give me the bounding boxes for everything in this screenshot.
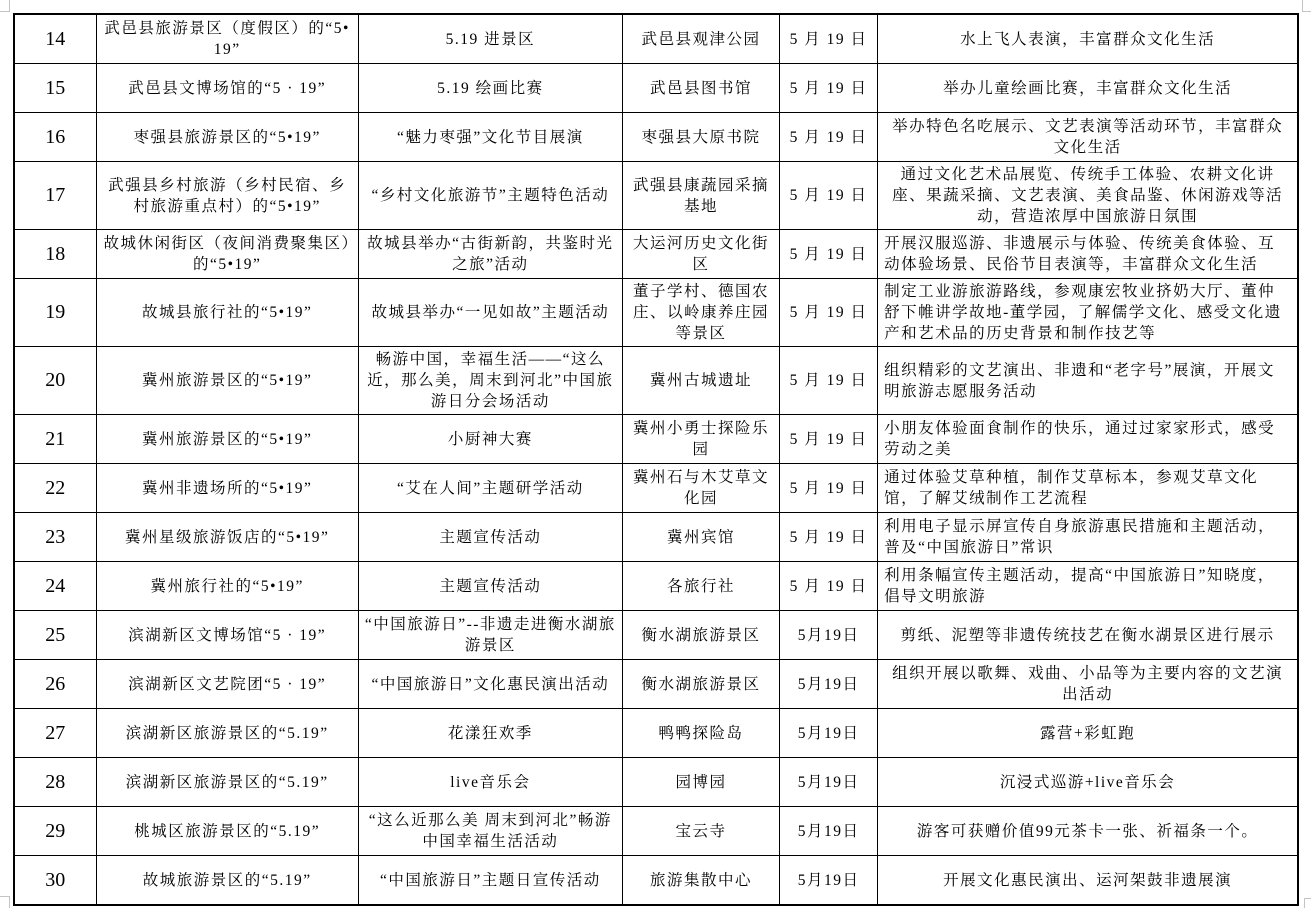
num-cell: 19 — [14, 279, 96, 347]
date-cell: 5 月 19 日 — [780, 279, 878, 347]
num-cell: 15 — [14, 64, 96, 113]
activity-cell: 畅游中国，幸福生活——“这么近，那么美，周末到河北”中国旅游日分会场活动 — [358, 347, 622, 415]
activity-cell: “中国旅游日”文化惠民演出活动 — [358, 660, 622, 709]
table-row: 28滨湖新区旅游景区的“5.19”live音乐会园博园5月19日沉浸式巡游+li… — [14, 758, 1298, 807]
table-row: 21冀州旅游景区的“5•19”小厨神大赛冀州小勇士探险乐园5 月 19 日小朋友… — [14, 415, 1298, 464]
table-row: 30故城旅游景区的“5.19”“中国旅游日”主题日宣传活动旅游集散中心5月19日… — [14, 856, 1298, 906]
description-cell: 游客可获赠价值99元茶卡一张、祈福条一个。 — [878, 807, 1298, 856]
location-cell: 园博园 — [622, 758, 779, 807]
activity-cell: 主题宣传活动 — [358, 562, 622, 611]
location-cell: 冀州古城遗址 — [622, 347, 779, 415]
description-cell: 露营+彩虹跑 — [878, 709, 1298, 758]
activity-cell: “中国旅游日”主题日宣传活动 — [358, 856, 622, 906]
organizer-cell: 滨湖新区旅游景区的“5.19” — [96, 709, 358, 758]
num-cell: 27 — [14, 709, 96, 758]
date-cell: 5 月 19 日 — [780, 464, 878, 513]
activity-cell: 故城县举办“一见如故”主题活动 — [358, 279, 622, 347]
location-cell: 各旅行社 — [622, 562, 779, 611]
table-row: 23冀州星级旅游饭店的“5•19”主题宣传活动冀州宾馆5 月 19 日利用电子显… — [14, 513, 1298, 562]
location-cell: 大运河历史文化街区 — [622, 230, 779, 279]
date-cell: 5 月 19 日 — [780, 14, 878, 64]
location-cell: 董子学村、德国农庄、以岭康养庄园等景区 — [622, 279, 779, 347]
date-cell: 5月19日 — [780, 758, 878, 807]
location-cell: 衡水湖旅游景区 — [622, 660, 779, 709]
organizer-cell: 武邑县旅游景区（度假区）的“5•19” — [96, 14, 358, 64]
date-cell: 5 月 19 日 — [780, 347, 878, 415]
activity-cell: “乡村文化旅游节”主题特色活动 — [358, 162, 622, 230]
num-cell: 20 — [14, 347, 96, 415]
num-cell: 29 — [14, 807, 96, 856]
description-cell: 利用条幅宣传主题活动，提高“中国旅游日”知晓度，倡导文明旅游 — [878, 562, 1298, 611]
activity-cell: “这么近那么美 周末到河北”畅游中国幸福生活活动 — [358, 807, 622, 856]
location-cell: 枣强县大原书院 — [622, 113, 779, 162]
description-cell: 开展文化惠民演出、运河架鼓非遗展演 — [878, 856, 1298, 906]
location-cell: 旅游集散中心 — [622, 856, 779, 906]
date-cell: 5月19日 — [780, 856, 878, 906]
date-cell: 5 月 19 日 — [780, 513, 878, 562]
date-cell: 5月19日 — [780, 611, 878, 660]
date-cell: 5 月 19 日 — [780, 162, 878, 230]
date-cell: 5 月 19 日 — [780, 64, 878, 113]
table-row: 15武邑县文博场馆的“5 · 19”5.19 绘画比赛武邑县图书馆5 月 19 … — [14, 64, 1298, 113]
organizer-cell: 枣强县旅游景区的“5•19” — [96, 113, 358, 162]
activity-cell: “魅力枣强”文化节目展演 — [358, 113, 622, 162]
num-cell: 21 — [14, 415, 96, 464]
num-cell: 30 — [14, 856, 96, 906]
num-cell: 16 — [14, 113, 96, 162]
num-cell: 22 — [14, 464, 96, 513]
description-cell: 通过体验艾草种植，制作艾草标本，参观艾草文化馆，了解艾绒制作工艺流程 — [878, 464, 1298, 513]
location-cell: 冀州石与木艾草文化园 — [622, 464, 779, 513]
tourism-day-activities-table: 14武邑县旅游景区（度假区）的“5•19”5.19 进景区武邑县观津公园5 月 … — [13, 13, 1299, 906]
description-cell: 利用电子显示屏宣传自身旅游惠民措施和主题活动，普及“中国旅游日”常识 — [878, 513, 1298, 562]
organizer-cell: 故城休闲街区（夜间消费聚集区）的“5•19” — [96, 230, 358, 279]
location-cell: 冀州小勇士探险乐园 — [622, 415, 779, 464]
date-cell: 5 月 19 日 — [780, 415, 878, 464]
table-row: 18故城休闲街区（夜间消费聚集区）的“5•19”故城县举办“古街新韵，共鉴时光之… — [14, 230, 1298, 279]
organizer-cell: 冀州旅游景区的“5•19” — [96, 347, 358, 415]
num-cell: 14 — [14, 14, 96, 64]
location-cell: 武强县康蔬园采摘基地 — [622, 162, 779, 230]
num-cell: 26 — [14, 660, 96, 709]
description-cell: 制定工业游旅游路线，参观康宏牧业挤奶大厅、董仲舒下帷讲学故地-董学园，了解儒学文… — [878, 279, 1298, 347]
organizer-cell: 冀州旅行社的“5•19” — [96, 562, 358, 611]
description-cell: 开展汉服巡游、非遗展示与体验、传统美食体验、互动体验场景、民俗节目表演等，丰富群… — [878, 230, 1298, 279]
organizer-cell: 滨湖新区文艺院团“5 · 19” — [96, 660, 358, 709]
table-row: 27滨湖新区旅游景区的“5.19”花漾狂欢季鸭鸭探险岛5月19日露营+彩虹跑 — [14, 709, 1298, 758]
text-boundary-mark-top-right — [1302, 0, 1311, 12]
organizer-cell: 故城县旅行社的“5•19” — [96, 279, 358, 347]
table-row: 14武邑县旅游景区（度假区）的“5•19”5.19 进景区武邑县观津公园5 月 … — [14, 14, 1298, 64]
date-cell: 5月19日 — [780, 660, 878, 709]
organizer-cell: 故城旅游景区的“5.19” — [96, 856, 358, 906]
organizer-cell: 武强县乡村旅游（乡村民宿、乡村旅游重点村）的“5•19” — [96, 162, 358, 230]
location-cell: 武邑县图书馆 — [622, 64, 779, 113]
table-row: 20冀州旅游景区的“5•19”畅游中国，幸福生活——“这么近，那么美，周末到河北… — [14, 347, 1298, 415]
num-cell: 28 — [14, 758, 96, 807]
num-cell: 17 — [14, 162, 96, 230]
table-row: 19故城县旅行社的“5•19”故城县举办“一见如故”主题活动董子学村、德国农庄、… — [14, 279, 1298, 347]
num-cell: 24 — [14, 562, 96, 611]
location-cell: 宝云寺 — [622, 807, 779, 856]
num-cell: 25 — [14, 611, 96, 660]
description-cell: 举办儿童绘画比赛，丰富群众文化生活 — [878, 64, 1298, 113]
date-cell: 5 月 19 日 — [780, 230, 878, 279]
activity-cell: 花漾狂欢季 — [358, 709, 622, 758]
activity-cell: “艾在人间”主题研学活动 — [358, 464, 622, 513]
organizer-cell: 滨湖新区文博场馆“5 · 19” — [96, 611, 358, 660]
table-row: 22冀州非遗场所的“5•19”“艾在人间”主题研学活动冀州石与木艾草文化园5 月… — [14, 464, 1298, 513]
activity-cell: 5.19 进景区 — [358, 14, 622, 64]
location-cell: 武邑县观津公园 — [622, 14, 779, 64]
organizer-cell: 桃城区旅游景区的“5.19” — [96, 807, 358, 856]
activity-cell: “中国旅游日”--非遗走进衡水湖旅游景区 — [358, 611, 622, 660]
table-row: 29桃城区旅游景区的“5.19”“这么近那么美 周末到河北”畅游中国幸福生活活动… — [14, 807, 1298, 856]
activity-cell: 5.19 绘画比赛 — [358, 64, 622, 113]
date-cell: 5 月 19 日 — [780, 113, 878, 162]
description-cell: 组织开展以歌舞、戏曲、小品等为主要内容的文艺演出活动 — [878, 660, 1298, 709]
table-row: 16枣强县旅游景区的“5•19”“魅力枣强”文化节目展演枣强县大原书院5 月 1… — [14, 113, 1298, 162]
num-cell: 23 — [14, 513, 96, 562]
description-cell: 水上飞人表演，丰富群众文化生活 — [878, 14, 1298, 64]
description-cell: 举办特色名吃展示、文艺表演等活动环节，丰富群众文化生活 — [878, 113, 1298, 162]
organizer-cell: 冀州非遗场所的“5•19” — [96, 464, 358, 513]
activity-cell: 主题宣传活动 — [358, 513, 622, 562]
description-cell: 小朋友体验面食制作的快乐，通过过家家形式，感受劳动之美 — [878, 415, 1298, 464]
location-cell: 鸭鸭探险岛 — [622, 709, 779, 758]
activity-cell: live音乐会 — [358, 758, 622, 807]
activity-cell: 故城县举办“古街新韵，共鉴时光之旅”活动 — [358, 230, 622, 279]
table-row: 24冀州旅行社的“5•19”主题宣传活动各旅行社5 月 19 日利用条幅宣传主题… — [14, 562, 1298, 611]
organizer-cell: 冀州旅游景区的“5•19” — [96, 415, 358, 464]
num-cell: 18 — [14, 230, 96, 279]
description-cell: 沉浸式巡游+live音乐会 — [878, 758, 1298, 807]
description-cell: 组织精彩的文艺演出、非遗和“老字号”展演，开展文明旅游志愿服务活动 — [878, 347, 1298, 415]
text-boundary-mark-bottom-right — [1304, 898, 1311, 908]
table-row: 26滨湖新区文艺院团“5 · 19”“中国旅游日”文化惠民演出活动衡水湖旅游景区… — [14, 660, 1298, 709]
location-cell: 冀州宾馆 — [622, 513, 779, 562]
table-row: 25滨湖新区文博场馆“5 · 19”“中国旅游日”--非遗走进衡水湖旅游景区衡水… — [14, 611, 1298, 660]
table-row: 17武强县乡村旅游（乡村民宿、乡村旅游重点村）的“5•19”“乡村文化旅游节”主… — [14, 162, 1298, 230]
organizer-cell: 冀州星级旅游饭店的“5•19” — [96, 513, 358, 562]
text-boundary-mark-bottom-left — [0, 896, 10, 908]
organizer-cell: 武邑县文博场馆的“5 · 19” — [96, 64, 358, 113]
description-cell: 剪纸、泥塑等非遗传统技艺在衡水湖景区进行展示 — [878, 611, 1298, 660]
date-cell: 5月19日 — [780, 807, 878, 856]
text-boundary-mark-top-left — [0, 0, 10, 12]
organizer-cell: 滨湖新区旅游景区的“5.19” — [96, 758, 358, 807]
activities-table-body: 14武邑县旅游景区（度假区）的“5•19”5.19 进景区武邑县观津公园5 月 … — [14, 14, 1298, 905]
description-cell: 通过文化艺术品展览、传统手工体验、农耕文化讲座、果蔬采摘、文艺表演、美食品鉴、休… — [878, 162, 1298, 230]
date-cell: 5月19日 — [780, 709, 878, 758]
date-cell: 5 月 19 日 — [780, 562, 878, 611]
location-cell: 衡水湖旅游景区 — [622, 611, 779, 660]
activity-cell: 小厨神大赛 — [358, 415, 622, 464]
